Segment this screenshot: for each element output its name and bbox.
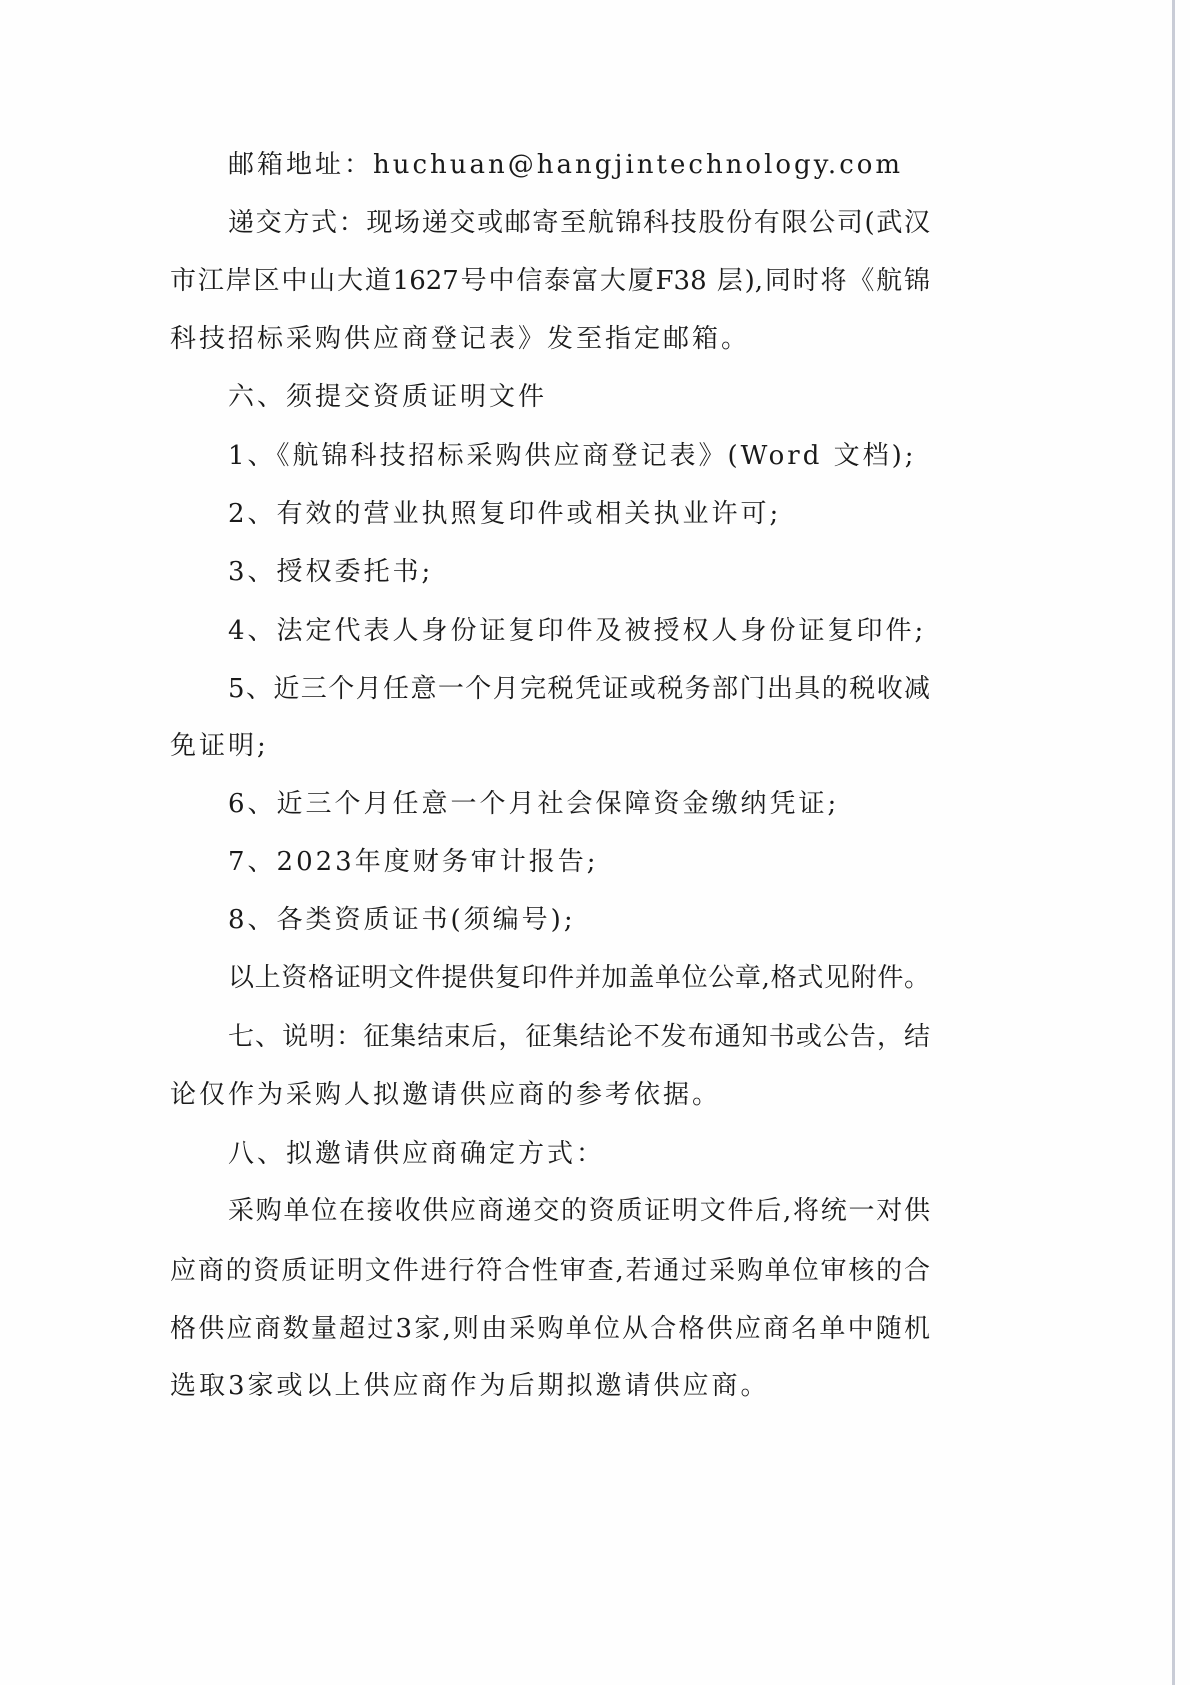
section-8-line-2: 应商的资质证明文件进行符合性审查,若通过采购单位审核的合 [170, 1251, 930, 1291]
scan-edge-line [1172, 0, 1175, 1685]
section-7-line-2: 论仅作为采购人拟邀请供应商的参考依据。 [170, 1075, 721, 1115]
section-6-heading: 六、须提交资质证明文件 [228, 377, 547, 417]
requirement-item-4: 4、法定代表人身份证复印件及被授权人身份证复印件; [228, 611, 926, 651]
requirements-note: 以上资格证明文件提供复印件并加盖单位公章,格式见附件。 [228, 958, 930, 998]
requirement-item-6: 6、近三个月任意一个月社会保障资金缴纳凭证; [228, 784, 839, 824]
section-8-line-4: 选取3家或以上供应商作为后期拟邀请供应商。 [170, 1366, 770, 1406]
requirement-item-5-line-1: 5、近三个月任意一个月完税凭证或税务部门出具的税收减 [228, 669, 930, 709]
section-8-line-1: 采购单位在接收供应商递交的资质证明文件后,将统一对供 [228, 1191, 930, 1231]
submission-method-line-1: 递交方式：现场递交或邮寄至航锦科技股份有限公司(武汉 [228, 203, 930, 243]
requirement-item-1: 1、《航锦科技招标采购供应商登记表》(Word 文档); [228, 436, 917, 476]
section-8-heading: 八、拟邀请供应商确定方式： [228, 1134, 605, 1174]
requirement-item-3: 3、授权委托书; [228, 552, 433, 592]
submission-method-line-2: 市江岸区中山大道1627号中信泰富大厦F38 层),同时将《航锦 [170, 261, 930, 301]
requirement-item-2: 2、有效的营业执照复印件或相关执业许可; [228, 494, 781, 534]
requirement-item-7: 7、2023年度财务审计报告; [228, 842, 598, 882]
document-page: 邮箱地址：huchuan@hangjintechnology.com 递交方式：… [0, 0, 1190, 1685]
section-7-line-1: 七、说明：征集结束后，征集结论不发布通知书或公告，结 [228, 1017, 930, 1057]
section-8-line-3: 格供应商数量超过3家,则由采购单位从合格供应商名单中随机 [170, 1309, 930, 1349]
submission-method-line-3: 科技招标采购供应商登记表》发至指定邮箱。 [170, 319, 750, 359]
requirement-item-8: 8、各类资质证书(须编号); [228, 900, 576, 940]
requirement-item-5-line-2: 免证明; [170, 726, 269, 766]
email-address-line: 邮箱地址：huchuan@hangjintechnology.com [228, 145, 903, 185]
